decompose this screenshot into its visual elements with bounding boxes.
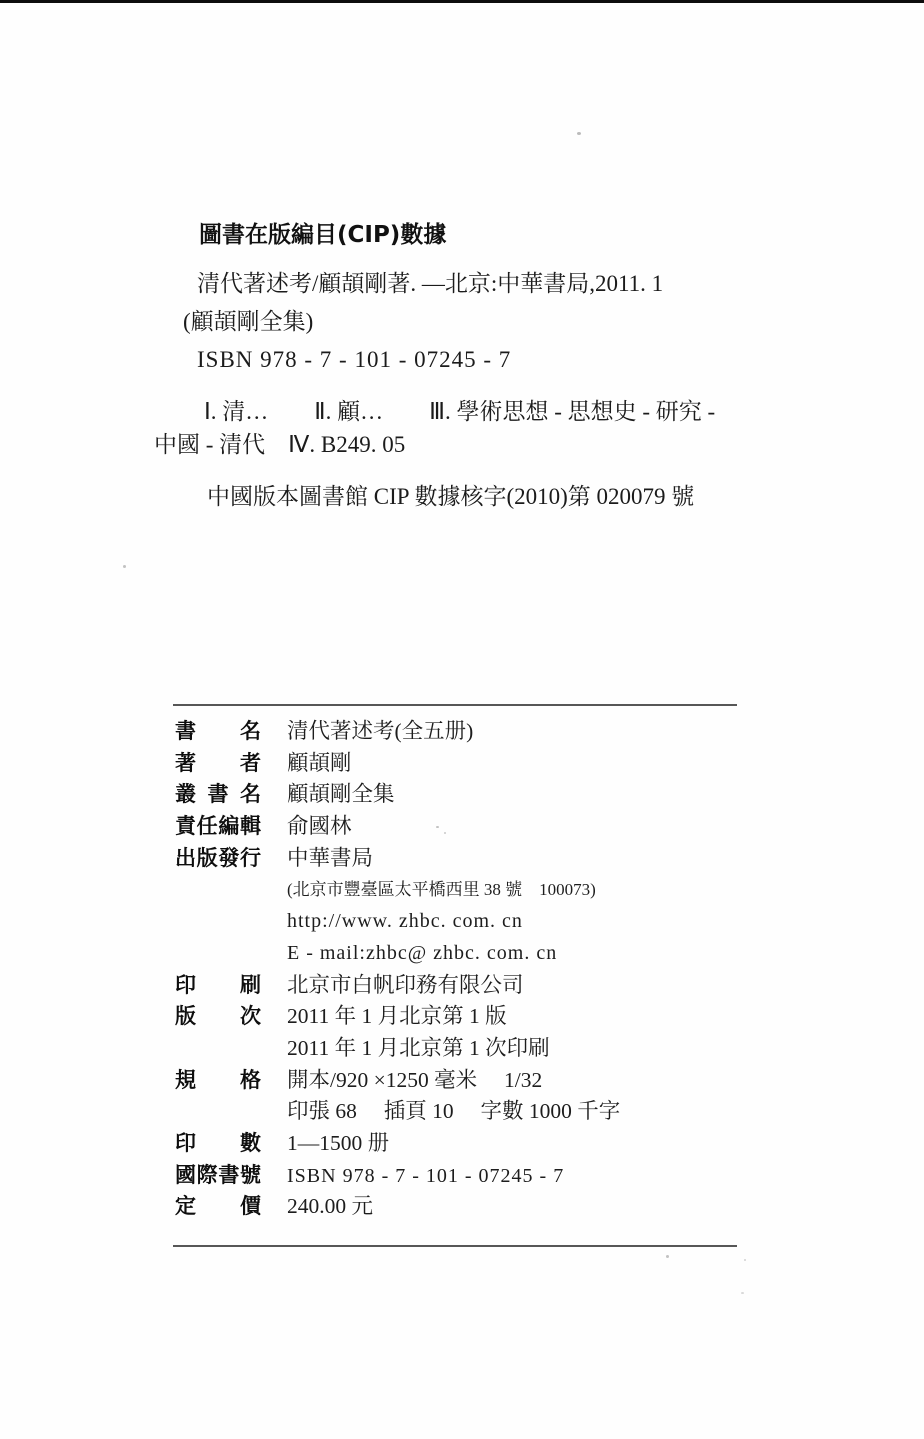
colophon-row-sheets: 印張 68 插頁 10 字數 1000 千字 xyxy=(175,1096,815,1128)
colophon-row-value: 開本/920 ×1250 毫米 1/32 xyxy=(287,1065,542,1097)
colophon-row-label: 版次 xyxy=(175,1001,261,1033)
colophon-row-value: 俞國林 xyxy=(287,811,352,843)
colophon-row-website: http://www. zhbc. com. cn xyxy=(175,906,815,938)
colophon-row-value: 北京市白帆印務有限公司 xyxy=(287,970,524,1002)
scan-speck xyxy=(744,1259,746,1261)
colophon-row-value: http://www. zhbc. com. cn xyxy=(287,906,523,938)
scan-speck xyxy=(123,565,126,568)
colophon-row-label: 著者 xyxy=(175,748,261,780)
colophon-row-series: 叢書名 顧頡剛全集 xyxy=(175,779,815,811)
book-copyright-page: 圖書在版編目(CIP)數據 清代著述考/顧頡剛著. —北京:中華書局,2011.… xyxy=(0,0,924,1439)
colophon-row-title: 書名 清代著述考(全五册) xyxy=(175,716,815,748)
scan-speck xyxy=(436,826,439,828)
scan-speck xyxy=(444,832,446,834)
colophon-row-format: 規格 開本/920 ×1250 毫米 1/32 xyxy=(175,1065,815,1097)
colophon-row-value: E - mail:zhbc@ zhbc. com. cn xyxy=(287,938,557,970)
scan-speck xyxy=(741,1292,744,1294)
colophon-row-value: (北京市豐臺區太平橋西里 38 號 100073) xyxy=(287,874,596,906)
cip-classification-line-2: 中國 - 清代 Ⅳ. B249. 05 xyxy=(154,432,405,458)
cip-isbn-line: ISBN 978 - 7 - 101 - 07245 - 7 xyxy=(197,347,511,373)
colophon-row-value: 顧頡剛 xyxy=(287,748,352,780)
colophon-row-label: 規格 xyxy=(175,1065,261,1097)
colophon-row-editor: 責任編輯 俞國林 xyxy=(175,811,815,843)
colophon-row-printing: 2011 年 1 月北京第 1 次印刷 xyxy=(175,1033,815,1065)
colophon-row-label: 責任編輯 xyxy=(175,811,261,843)
colophon-row-email: E - mail:zhbc@ zhbc. com. cn xyxy=(175,938,815,970)
colophon-row-price: 定價 240.00 元 xyxy=(175,1191,815,1223)
colophon-row-label: 國際書號 xyxy=(175,1160,261,1192)
colophon-row-value: 清代著述考(全五册) xyxy=(287,716,473,748)
colophon-row-publisher: 出版發行 中華書局 xyxy=(175,843,815,875)
colophon-row-isbn: 國際書號 ISBN 978 - 7 - 101 - 07245 - 7 xyxy=(175,1160,815,1192)
colophon-row-label: 印刷 xyxy=(175,970,261,1002)
colophon-row-publisher-address: (北京市豐臺區太平橋西里 38 號 100073) xyxy=(175,874,815,906)
colophon-row-value: 2011 年 1 月北京第 1 次印刷 xyxy=(287,1033,550,1065)
scan-edge-bar xyxy=(0,0,924,3)
colophon-row-printer: 印刷 北京市白帆印務有限公司 xyxy=(175,970,815,1002)
colophon-row-value: 中華書局 xyxy=(287,843,373,875)
colophon-rows: 書名 清代著述考(全五册) 著者 顧頡剛 叢書名 顧頡剛全集 責任編輯 俞國林 … xyxy=(175,716,815,1223)
divider-top xyxy=(173,704,737,706)
cip-record-number-line: 中國版本圖書館 CIP 數據核字(2010)第 020079 號 xyxy=(207,484,694,510)
colophon-row-label: 印數 xyxy=(175,1128,261,1160)
colophon-row-value: 1—1500 册 xyxy=(287,1128,389,1160)
colophon-row-value: 2011 年 1 月北京第 1 版 xyxy=(287,1001,507,1033)
colophon-row-label: 叢書名 xyxy=(175,779,261,811)
colophon-row-label: 書名 xyxy=(175,716,261,748)
cip-classification-line-1: Ⅰ. 清… Ⅱ. 顧… Ⅲ. 學術思想 - 思想史 - 研究 - xyxy=(204,399,715,425)
scan-speck xyxy=(577,132,581,135)
scan-speck xyxy=(666,1255,669,1258)
colophon-row-edition: 版次 2011 年 1 月北京第 1 版 xyxy=(175,1001,815,1033)
colophon-row-author: 著者 顧頡剛 xyxy=(175,748,815,780)
colophon-row-value: 印張 68 插頁 10 字數 1000 千字 xyxy=(287,1096,620,1128)
colophon-row-label: 定價 xyxy=(175,1191,261,1223)
colophon-row-value: 顧頡剛全集 xyxy=(287,779,395,811)
colophon-row-value: 240.00 元 xyxy=(287,1191,373,1223)
colophon-row-value: ISBN 978 - 7 - 101 - 07245 - 7 xyxy=(287,1161,564,1193)
colophon-row-label: 出版發行 xyxy=(175,843,261,875)
colophon-row-print-run: 印數 1—1500 册 xyxy=(175,1128,815,1160)
cip-heading: 圖書在版編目(CIP)數據 xyxy=(199,222,446,248)
divider-bottom xyxy=(173,1245,737,1247)
cip-series-line: (顧頡剛全集) xyxy=(183,309,313,335)
cip-entry-line: 清代著述考/顧頡剛著. —北京:中華書局,2011. 1 xyxy=(197,271,663,297)
